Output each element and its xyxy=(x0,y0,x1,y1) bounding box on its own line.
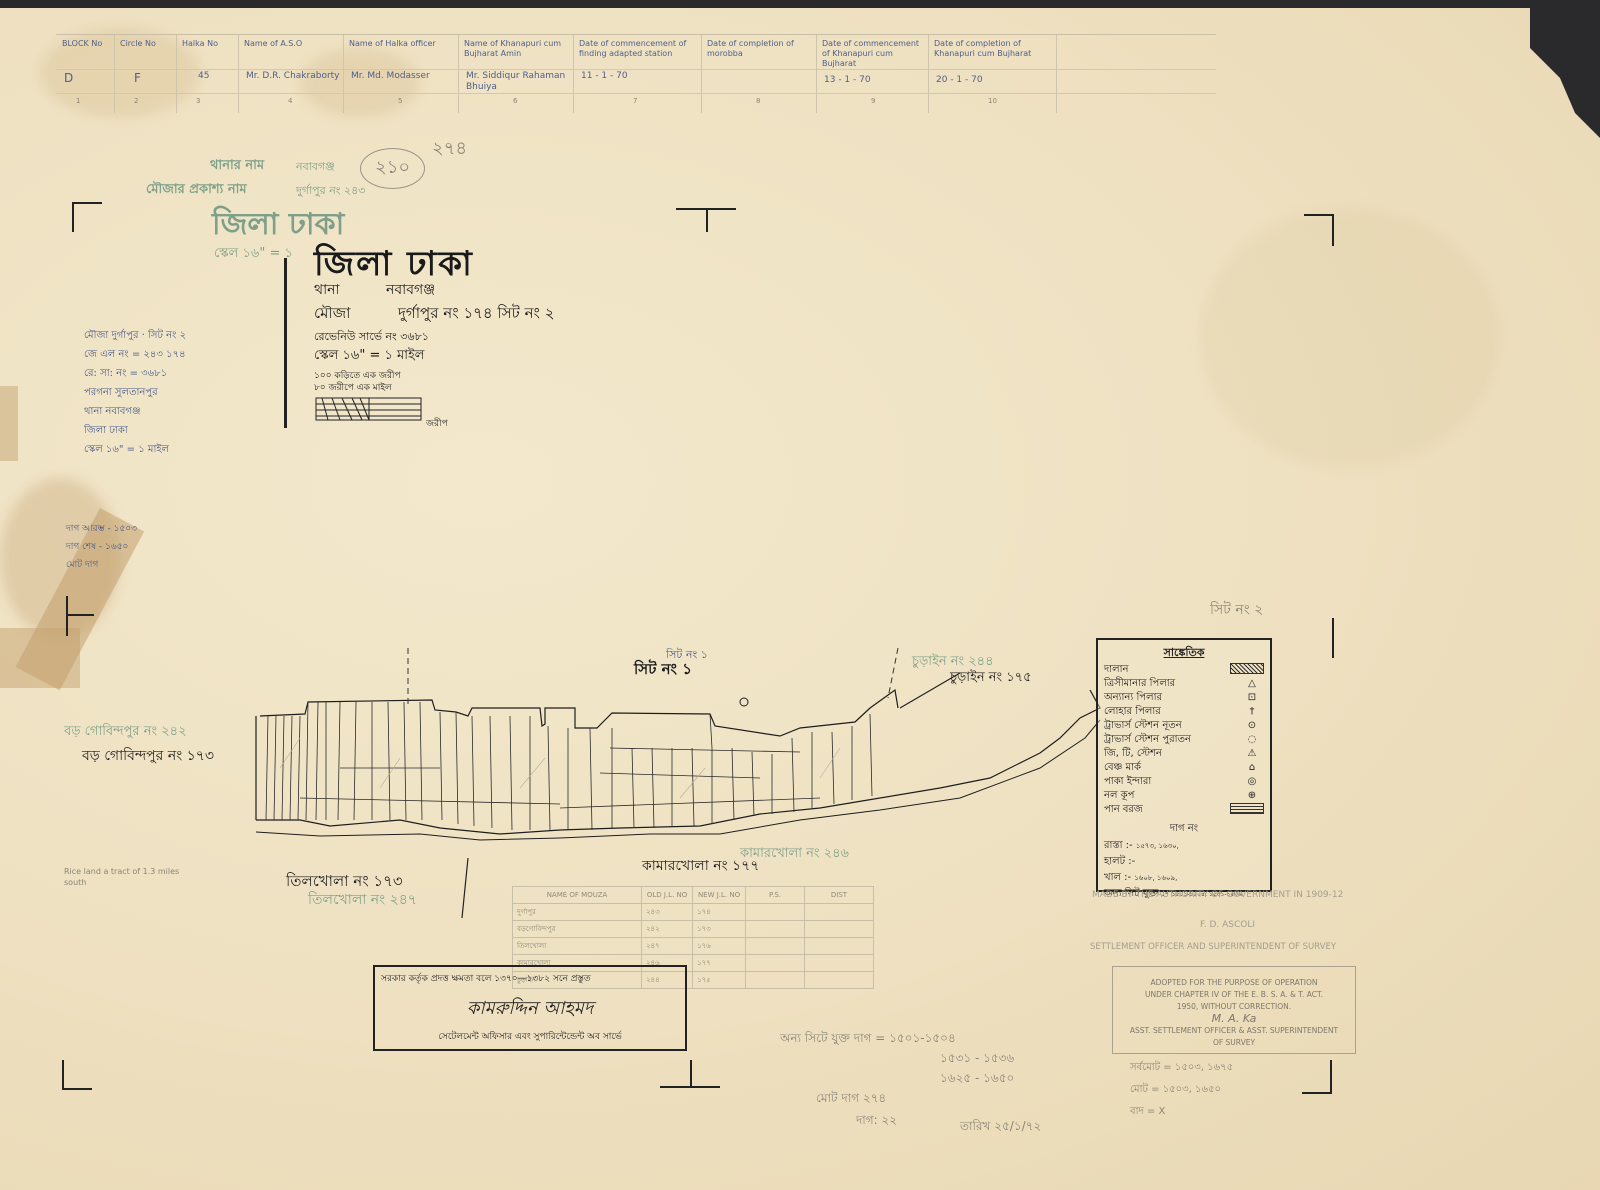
well-icon: ◎ xyxy=(1240,775,1264,789)
legend-item: বেঞ্চ মার্ক⌂ xyxy=(1098,761,1270,775)
pencil-note: মোট = ১৫০৩, ১৬৫০ xyxy=(1130,1082,1221,1099)
legend-item: দালান xyxy=(1098,663,1270,677)
mouza-cell: ২৪২ xyxy=(642,921,693,938)
dag-row-label: রাস্তা :- xyxy=(1104,840,1133,851)
legend-item: ট্রাভার্স স্টেশন নূতন⊙ xyxy=(1098,719,1270,733)
settlement-line: সরকার কর্তৃক প্রদত্ত ক্ষমতা বলে ১৩৭০—১৩৮… xyxy=(375,967,685,990)
mouza-cell: দুর্গাপুর xyxy=(513,904,642,921)
pencil-note: ১৬২৫ - ১৬৫০ xyxy=(940,1070,1014,1090)
legend-item: ত্রিসীমানার পিলার△ xyxy=(1098,677,1270,691)
adopted-line: UNDER CHAPTER IV OF THE E. B. S. A. & T.… xyxy=(1113,989,1355,1001)
neighbor-west-old: বড় গোবিন্দপুর নং ২৪২ xyxy=(64,722,187,743)
sheet2-label: সিট নং ২ xyxy=(1210,598,1263,622)
cadastral-map xyxy=(0,8,1600,1190)
mouza-table-header: NAME OF MOUZA OLD J.L. NO NEW J.L. NO P.… xyxy=(513,887,874,904)
dag-row: হালট :- xyxy=(1098,854,1270,870)
tubewell-icon: ⊕ xyxy=(1240,789,1264,803)
legend-item: পাকা ইন্দারা◎ xyxy=(1098,775,1270,789)
table-row: দুর্গাপুর২৪৩১৭৪ xyxy=(513,904,874,921)
legend-label: নল কূপ xyxy=(1104,789,1134,803)
table-row: তিলখোলা২৪৭১৭৬ xyxy=(513,938,874,955)
authority-title: SETTLEMENT OFFICER AND SUPERINTENDENT OF… xyxy=(1090,942,1336,952)
traverse-new-icon: ⊙ xyxy=(1240,719,1264,733)
dag-row: রাস্তা :- ১৫৭৩, ১৬৩০, xyxy=(1098,838,1270,854)
settlement-stamp: সরকার কর্তৃক প্রদত্ত ক্ষমতা বলে ১৩৭০—১৩৮… xyxy=(373,965,687,1051)
traverse-old-icon: ◌ xyxy=(1240,733,1264,747)
dag-row-value: ১৫৭৩, ১৬৩০, xyxy=(1136,842,1179,850)
mouza-cell: ১৭৩ xyxy=(693,921,746,938)
sheet-label-old: সিট নং ১ xyxy=(666,646,708,665)
legend-title: সাঙ্কেতিক xyxy=(1098,644,1270,663)
legend-label: ট্রাভার্স স্টেশন পুরাতন xyxy=(1104,733,1191,747)
mouza-cell: ২৪৩ xyxy=(642,904,693,921)
iron-pillar-icon: † xyxy=(1240,705,1264,719)
adopted-stamp: ADOPTED FOR THE PURPOSE OF OPERATION UND… xyxy=(1112,966,1356,1054)
dag-row: খাল :- ১৬০৮, ১৬০৯, xyxy=(1098,870,1270,886)
pencil-note: তারিখ ২৫/১/৭২ xyxy=(960,1118,1041,1138)
mouza-col-header: P.S. xyxy=(746,887,805,904)
pencil-note: অন্য সিটে যুক্ত দাগ = ১৫০১-১৫০৪ xyxy=(780,1030,956,1050)
mouza-cell: বড়গোবিন্দপুর xyxy=(513,921,642,938)
neighbor-kamarkhola-old: কামারখোলা নং ২৪৬ xyxy=(740,844,849,865)
settlement-signature: কামরুদ্দিন আহমদ xyxy=(375,994,685,1025)
legend-item: ট্রাভার্স স্টেশন পুরাতন◌ xyxy=(1098,733,1270,747)
dag-row-label: হালট :- xyxy=(1104,856,1135,867)
settlement-line: সেটেলমেন্ট অফিসার এবং সুপারিন্টেন্ডেন্ট … xyxy=(375,1025,685,1048)
mouza-cell: তিলখোলা xyxy=(513,938,642,955)
mouza-cell: ১৭৭ xyxy=(693,955,746,972)
betel-garden-icon xyxy=(1230,803,1264,814)
legend-label: জি, টি, স্টেশন xyxy=(1104,747,1162,761)
authority-name: F. D. ASCOLI xyxy=(1200,920,1255,930)
gt-station-icon: ⚠ xyxy=(1240,747,1264,761)
adopted-footer: OF SURVEY xyxy=(1113,1037,1355,1049)
legend-item: লোহার পিলার† xyxy=(1098,705,1270,719)
pencil-note: দাগ: ২২ xyxy=(856,1112,897,1132)
legend-label: পাকা ইন্দারা xyxy=(1104,775,1151,789)
legend-item: পান বরজ xyxy=(1098,803,1270,817)
legend-label: অন্যান্য পিলার xyxy=(1104,691,1162,705)
mouza-cell: ১৭৪ xyxy=(693,904,746,921)
dag-row-value: ১৬০৮, ১৬০৯, xyxy=(1134,874,1177,882)
pencil-note: ১৫৩১ - ১৫৩৬ xyxy=(940,1050,1014,1070)
dag-heading: দাগ নং xyxy=(1098,821,1270,838)
legend-box: সাঙ্কেতিক দালান ত্রিসীমানার পিলার△ অন্যা… xyxy=(1096,638,1272,892)
legend-label: পান বরজ xyxy=(1104,803,1143,817)
mouza-cell: ২৪৭ xyxy=(642,938,693,955)
square-pillar-icon: ⊡ xyxy=(1240,691,1264,705)
adopted-footer: ASST. SETTLEMENT OFFICER & ASST. SUPERIN… xyxy=(1113,1025,1355,1037)
pencil-note: বাদ = X xyxy=(1130,1104,1165,1121)
legend-label: ট্রাভার্স স্টেশন নূতন xyxy=(1104,719,1182,733)
mouza-col-header: NAME OF MOUZA xyxy=(513,887,642,904)
mouza-cell: ১৭৬ xyxy=(693,938,746,955)
neighbor-tilkhola-old: তিলখোলা নং ২৪৭ xyxy=(308,888,417,912)
neighbor-churain-new: চুড়াইন নং ১৭৫ xyxy=(950,668,1032,689)
legend-item: জি, টি, স্টেশন⚠ xyxy=(1098,747,1270,761)
legend-item: অন্যান্য পিলার⊡ xyxy=(1098,691,1270,705)
table-row: বড়গোবিন্দপুর২৪২১৭৩ xyxy=(513,921,874,938)
dag-row-label: খাল :- xyxy=(1104,872,1131,883)
pencil-note: সর্বমোট = ১৫০৩, ১৬৭৫ xyxy=(1130,1060,1233,1077)
mouza-col-header: NEW J.L. NO xyxy=(693,887,746,904)
neighbor-west-new: বড় গোবিন্দপুর নং ১৭৩ xyxy=(82,744,214,768)
map-sheet: BLOCK No D 1 Circle No F 2 Halka No 45 3… xyxy=(0,8,1600,1190)
legend-item: নল কূপ⊕ xyxy=(1098,789,1270,803)
legend-label: ত্রিসীমানার পিলার xyxy=(1104,677,1175,691)
building-hatch-icon xyxy=(1230,663,1264,674)
legend-label: বেঞ্চ মার্ক xyxy=(1104,761,1141,775)
adopted-line: ADOPTED FOR THE PURPOSE OF OPERATION xyxy=(1113,977,1355,989)
pencil-note: মোট দাগ ২৭৪ xyxy=(816,1090,886,1110)
authority-made-by: MADE BY THE AUTHORITY OF GOVERNMENT IN 1… xyxy=(1092,890,1343,900)
mouza-col-header: OLD J.L. NO xyxy=(642,887,693,904)
legend-label: লোহার পিলার xyxy=(1104,705,1161,719)
adopted-signature: M. A. Ka xyxy=(1113,1013,1355,1025)
bench-mark-icon: ⌂ xyxy=(1240,761,1264,775)
pencil-note-left: Rice land a tract of 1.3 miles south xyxy=(64,866,194,888)
mouza-col-header: DIST xyxy=(805,887,874,904)
mouza-cell: ১৭৫ xyxy=(693,972,746,989)
triangle-pillar-icon: △ xyxy=(1240,677,1264,691)
legend-label: দালান xyxy=(1104,663,1128,677)
